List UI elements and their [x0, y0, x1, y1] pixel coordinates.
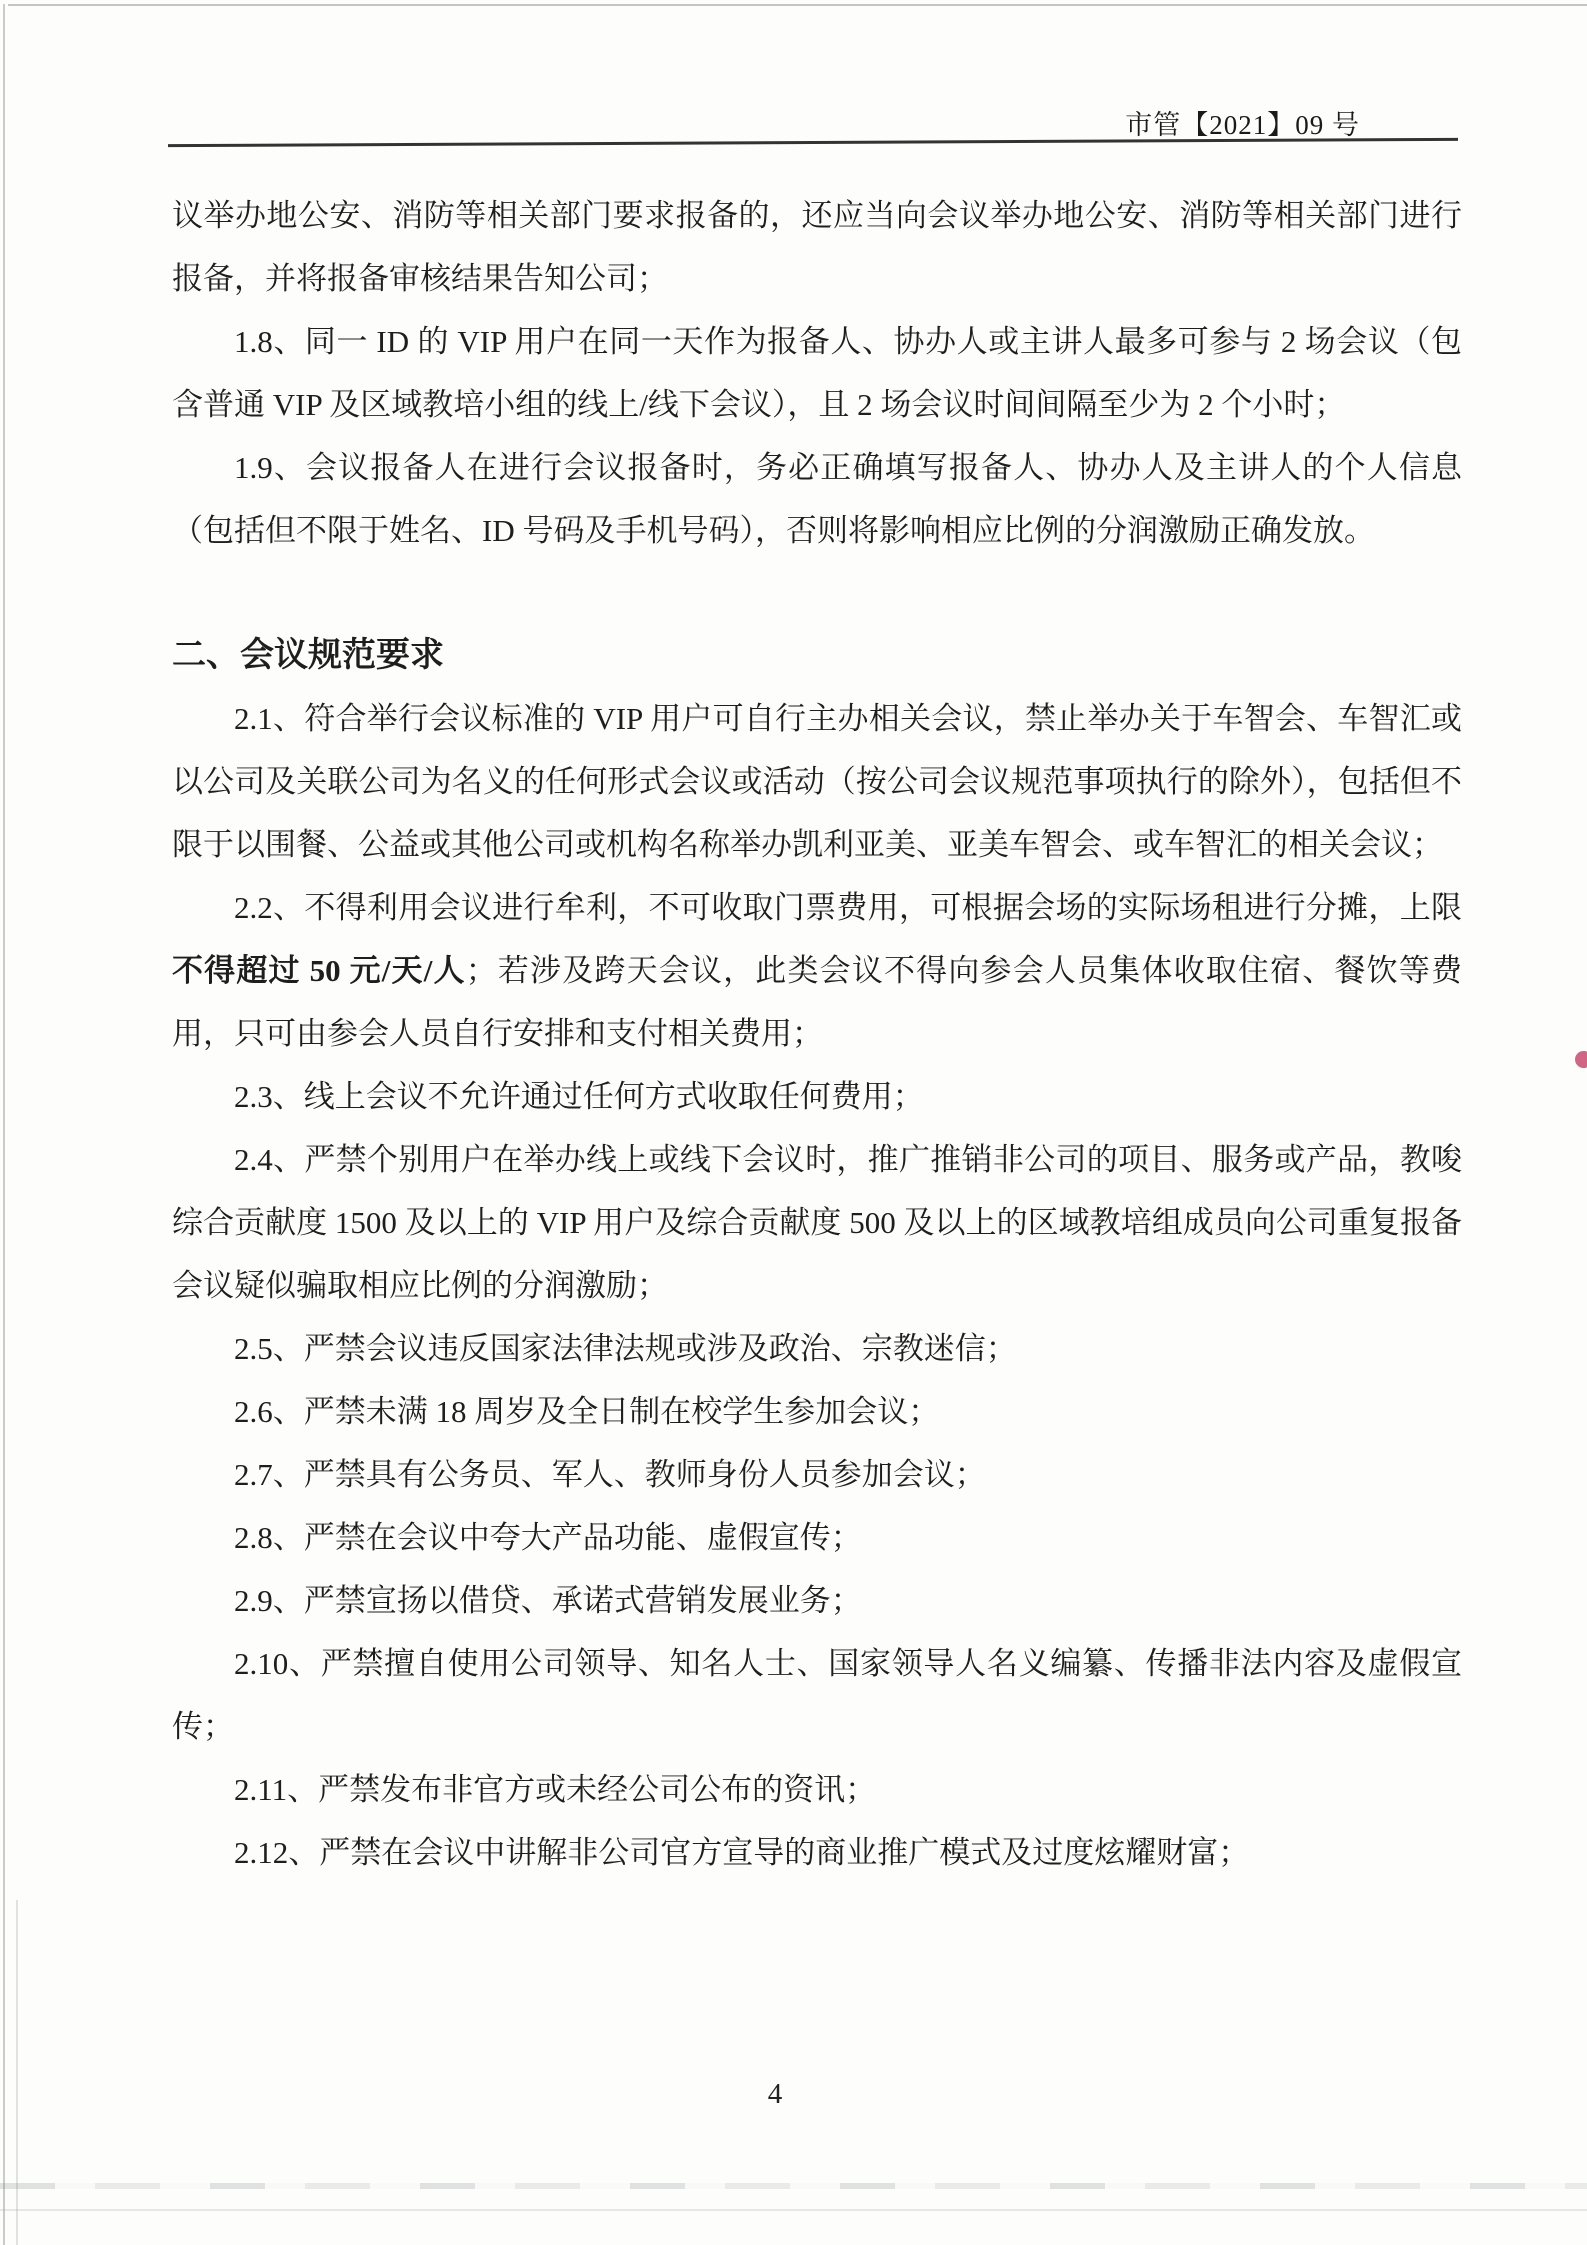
- document-body: 议举办地公安、消防等相关部门要求报备的，还应当向会议举办地公安、消防等相关部门进…: [172, 184, 1462, 1884]
- scan-edge-left-streak: [16, 1900, 18, 2245]
- paragraph-2-2-bold-limit: 不得超过 50 元/天/人: [172, 953, 466, 988]
- page-number: 4: [0, 2078, 1550, 2111]
- paragraph-2-8: 2.8、严禁在会议中夸大产品功能、虚假宣传；: [172, 1506, 1462, 1569]
- paragraph-2-7: 2.7、严禁具有公务员、军人、教师身份人员参加会议；: [172, 1443, 1462, 1506]
- scanned-document-page: 市管【2021】09 号 议举办地公安、消防等相关部门要求报备的，还应当向会议举…: [0, 0, 1587, 2245]
- red-edge-mark: [1575, 1051, 1587, 1068]
- section-heading-2: 二、会议规范要求: [172, 624, 1462, 687]
- document-number: 市管【2021】09 号: [0, 103, 1360, 142]
- scan-bottom-smudge: [0, 2183, 1587, 2189]
- paragraph-2-4: 2.4、严禁个别用户在举办线上或线下会议时，推广推销非公司的项目、服务或产品，教…: [172, 1128, 1462, 1317]
- paragraph-1-9: 1.9、会议报备人在进行会议报备时，务必正确填写报备人、协办人及主讲人的个人信息…: [172, 436, 1462, 562]
- scan-bottom-line: [0, 2209, 1587, 2211]
- paragraph-2-2: 2.2、不得利用会议进行牟利，不可收取门票费用，可根据会场的实际场租进行分摊，上…: [172, 876, 1462, 1065]
- paragraph-1-8: 1.8、同一 ID 的 VIP 用户在同一天作为报备人、协办人或主讲人最多可参与…: [172, 310, 1462, 436]
- paragraph-2-5: 2.5、严禁会议违反国家法律法规或涉及政治、宗教迷信；: [172, 1317, 1462, 1380]
- scan-edge-left-line: [3, 4, 5, 2245]
- paragraph-2-6: 2.6、严禁未满 18 周岁及全日制在校学生参加会议；: [172, 1380, 1462, 1443]
- paragraph-2-9: 2.9、严禁宣扬以借贷、承诺式营销发展业务；: [172, 1569, 1462, 1632]
- paragraph-continuation-1-7: 议举办地公安、消防等相关部门要求报备的，还应当向会议举办地公安、消防等相关部门进…: [172, 184, 1462, 310]
- paragraph-2-1: 2.1、符合举行会议标准的 VIP 用户可自行主办相关会议，禁止举办关于车智会、…: [172, 687, 1462, 876]
- paragraph-2-11: 2.11、严禁发布非官方或未经公司公布的资讯；: [172, 1758, 1462, 1821]
- paragraph-2-2-pre: 2.2、不得利用会议进行牟利，不可收取门票费用，可根据会场的实际场租进行分摊，上…: [234, 890, 1462, 925]
- paragraph-2-10: 2.10、严禁擅自使用公司领导、知名人士、国家领导人名义编纂、传播非法内容及虚假…: [172, 1632, 1462, 1758]
- scan-edge-top-line: [8, 4, 1587, 6]
- paragraph-2-12: 2.12、严禁在会议中讲解非公司官方宣导的商业推广模式及过度炫耀财富；: [172, 1821, 1462, 1884]
- paragraph-2-3: 2.3、线上会议不允许通过任何方式收取任何费用；: [172, 1065, 1462, 1128]
